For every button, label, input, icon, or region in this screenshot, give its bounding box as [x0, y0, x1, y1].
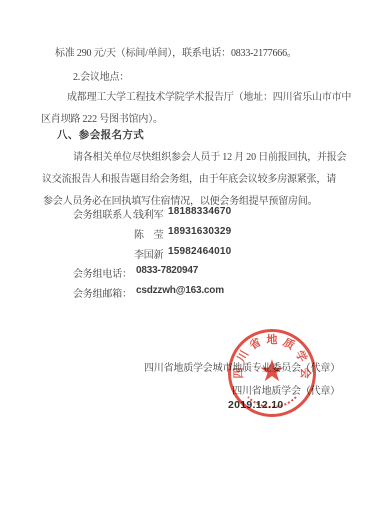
email-label: 会务组邮箱：: [73, 285, 132, 300]
item2-heading: 2.会议地点：: [73, 68, 129, 83]
contact-phone: 18188334670: [168, 206, 231, 217]
registration-para-line-3: 参会人员务必在回执填写住宿情况，以便会务组提早预留房间。: [43, 192, 317, 207]
office-phone-label: 会务组电话：: [73, 265, 132, 280]
document-page: 标准 290 元/天（标间/单间），联系电话：0833-2177666。 2.会…: [0, 0, 371, 525]
registration-para-line-2: 议交流报告人和报告题目给会务组，由于年底会议较多房源紧张，请: [42, 170, 336, 185]
contact-phone: 15982464010: [168, 246, 231, 257]
seal-arc-char: 地: [266, 334, 278, 346]
official-seal: ★ 四 川 省 地 质 学 会: [228, 329, 316, 417]
seal-arc-char: 四: [233, 367, 245, 379]
contact-name: 陈 莹: [134, 226, 168, 241]
contact-name: 李国新: [134, 246, 168, 261]
venue-line-1: 成都理工大学工程技术学院学术报告厅（地址：四川省乐山市市中: [67, 88, 351, 103]
seal-arc-char: 会: [299, 367, 311, 379]
registration-para-line-1: 请各相关单位尽快组织参会人员于 12 月 20 日前报回执，并报会: [73, 148, 346, 163]
seal-star-icon: ★: [259, 357, 286, 387]
section8-heading: 八、参会报名方式: [57, 127, 144, 142]
contacts-label: 会务组联系人：: [73, 206, 142, 221]
contact-name: 钱利军: [134, 206, 168, 221]
office-phone-value: 0833-7820947: [136, 265, 198, 276]
email-value: csdzzwh@163.com: [136, 285, 224, 296]
hotel-price-line: 标准 290 元/天（标间/单间），联系电话：0833-2177666。: [55, 44, 297, 59]
venue-line-2: 区肖坝路 222 号图书馆内）。: [41, 110, 163, 125]
contact-phone: 18931630329: [168, 226, 231, 237]
